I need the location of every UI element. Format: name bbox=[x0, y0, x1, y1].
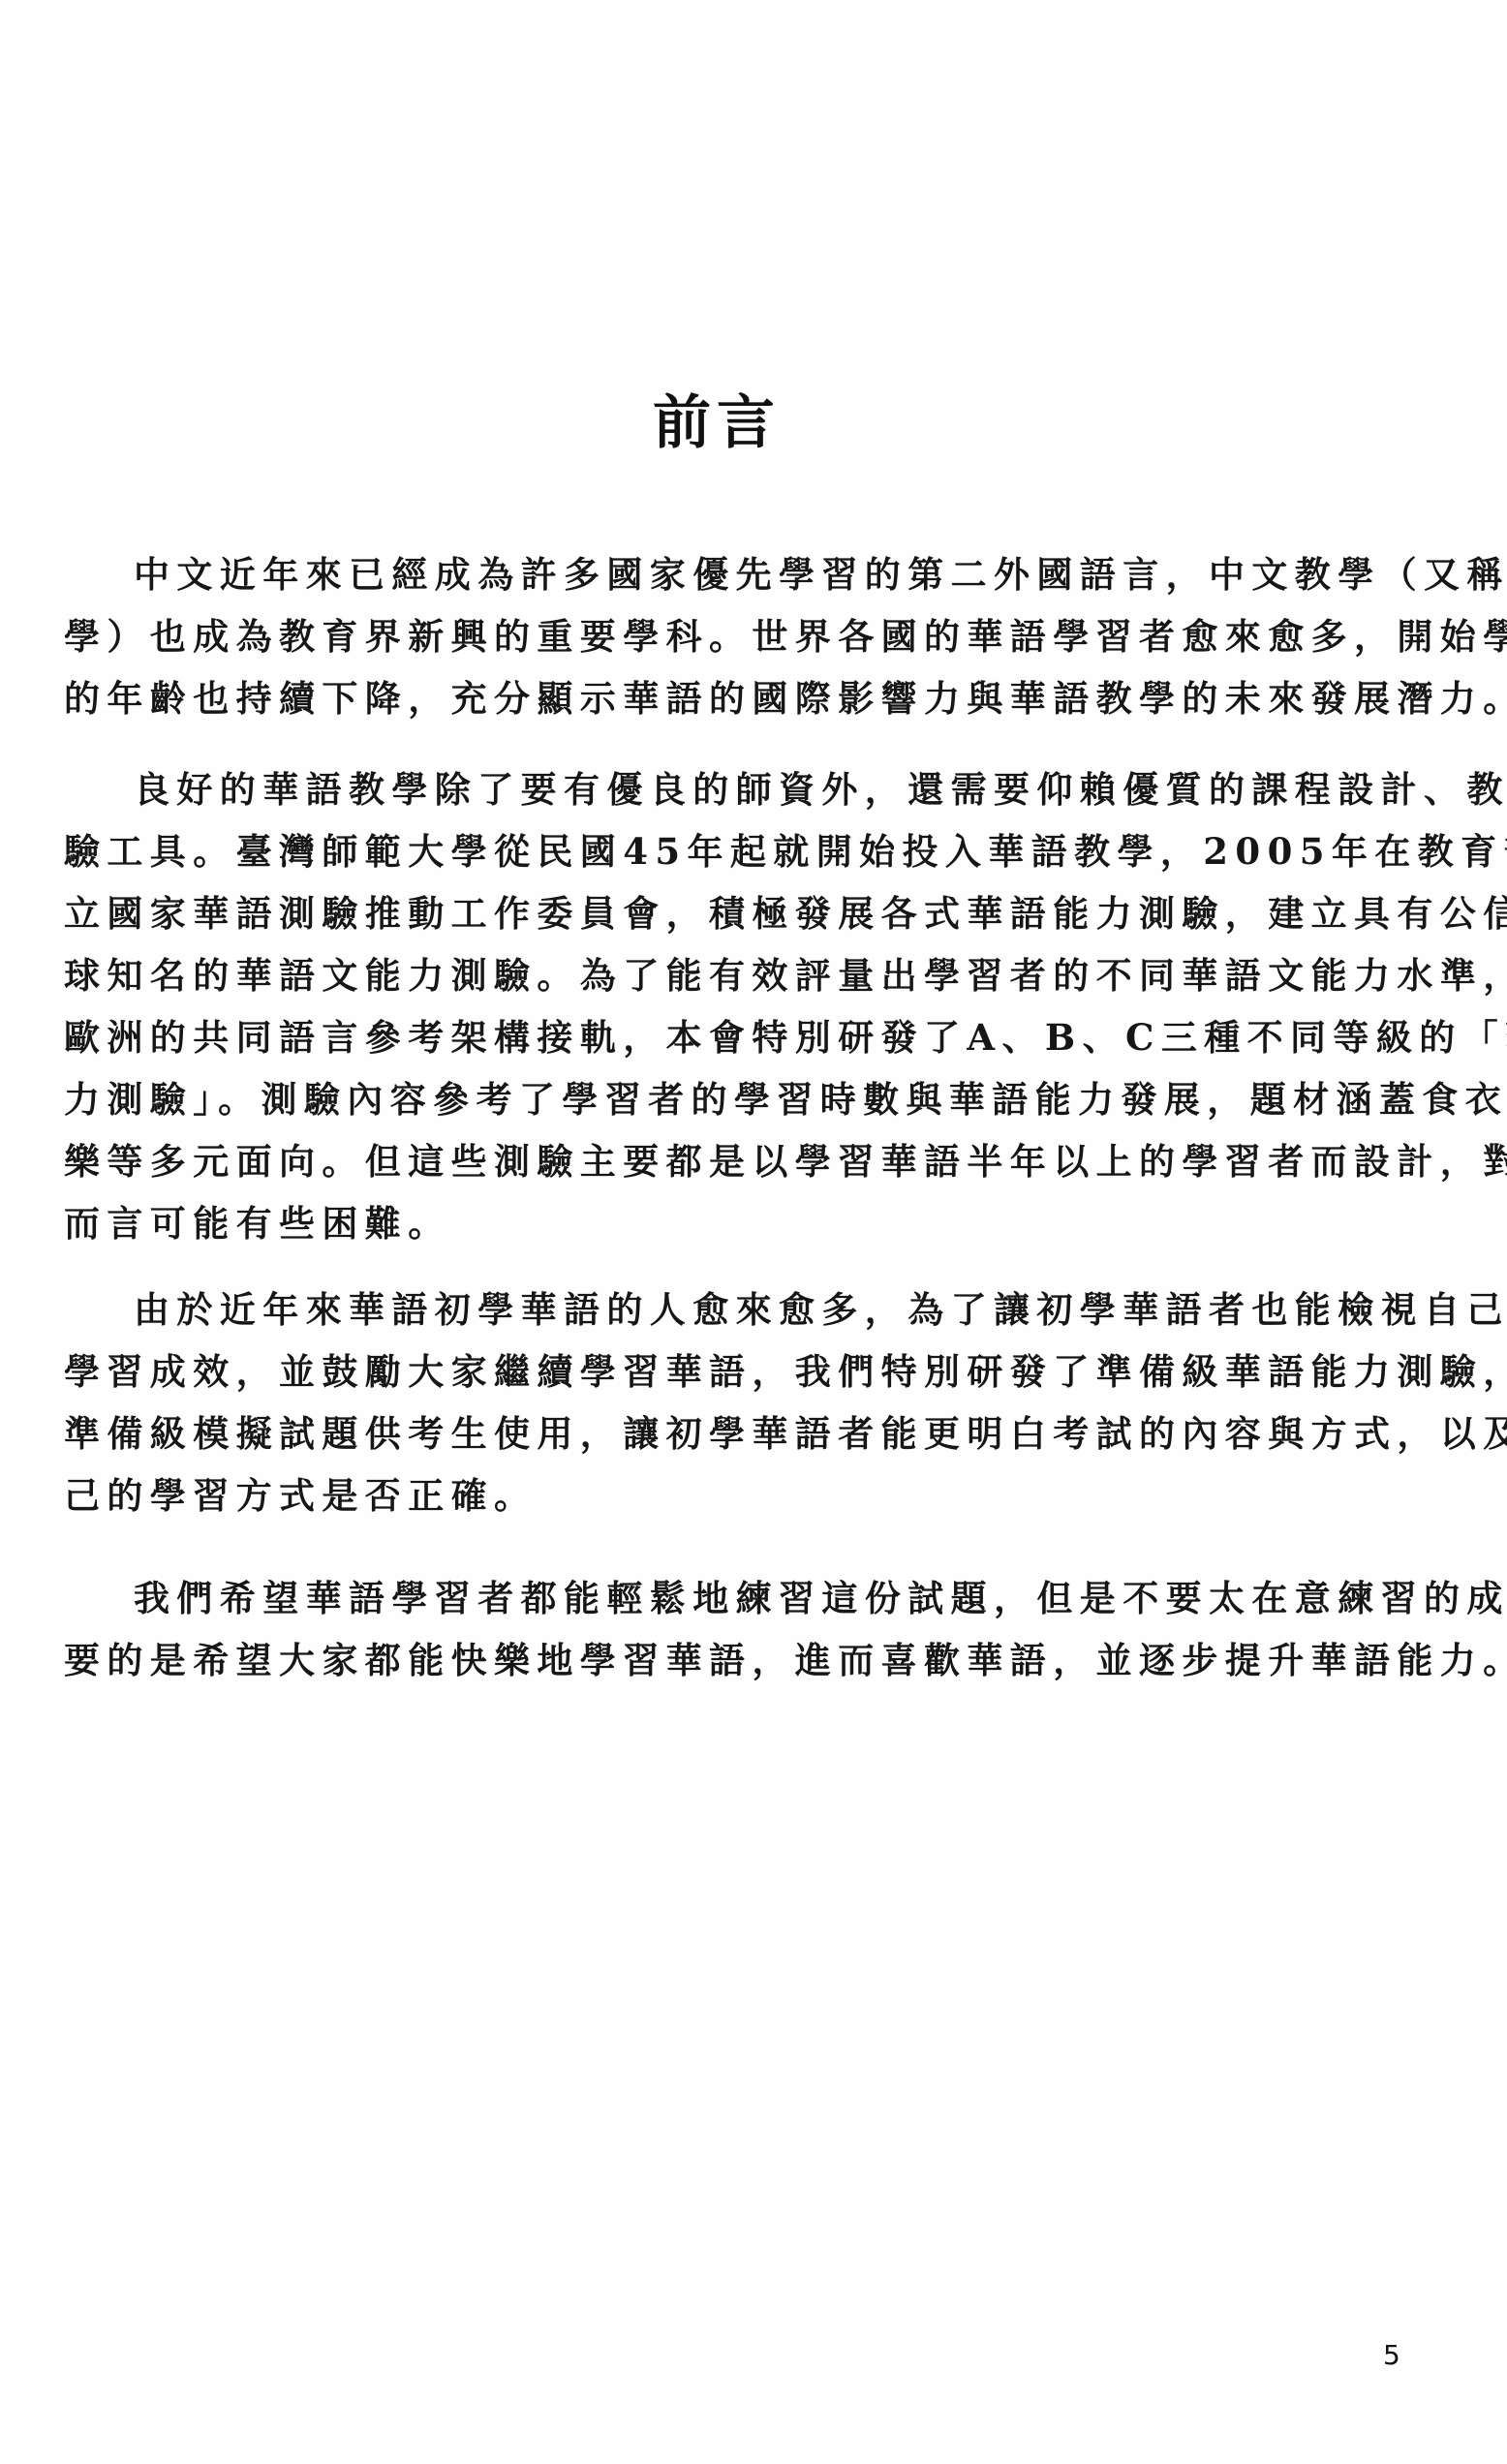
paragraph-3: 由於近年來華語初學華語的人愈來愈多，為了讓初學華語者也能檢視自己的短期 學習成效… bbox=[64, 1278, 1362, 1526]
paragraph-line: 樂等多元面向。但這些測驗主要都是以學習華語半年以上的學習者而設計，對初學者 bbox=[64, 1130, 1362, 1192]
paragraph-line: 準備級模擬試題供考生使用，讓初學華語者能更明白考試的內容與方式，以及檢視自 bbox=[64, 1402, 1362, 1464]
paragraph-line: 學）也成為教育界新興的重要學科。世界各國的華語學習者愈來愈多，開始學習華語 bbox=[64, 605, 1362, 667]
paragraph-line: 歐洲的共同語言參考架構接軌，本會特別研發了A、B、C三種不同等級的「華語文能 bbox=[64, 1006, 1362, 1068]
page-title: 前言 bbox=[0, 383, 1433, 464]
paragraph-1: 中文近年來已經成為許多國家優先學習的第二外國語言，中文教學（又稱華語教 學）也成… bbox=[64, 543, 1362, 729]
paragraph-line: 球知名的華語文能力測驗。為了能有效評量出學習者的不同華語文能力水準，並且與 bbox=[64, 944, 1362, 1006]
paragraph-line: 由於近年來華語初學華語的人愈來愈多，為了讓初學華語者也能檢視自己的短期 bbox=[64, 1278, 1362, 1340]
paragraph-2: 良好的華語教學除了要有優良的師資外，還需要仰賴優質的課程設計、教材及測 驗工具。… bbox=[64, 758, 1362, 1254]
paragraph-line: 中文近年來已經成為許多國家優先學習的第二外國語言，中文教學（又稱華語教 bbox=[64, 543, 1362, 605]
paragraph-line: 良好的華語教學除了要有優良的師資外，還需要仰賴優質的課程設計、教材及測 bbox=[64, 758, 1362, 820]
paragraph-line: 力測驗」。測驗內容參考了學習者的學習時數與華語能力發展，題材涵蓋食衣住行育 bbox=[64, 1068, 1362, 1130]
paragraph-line: 而言可能有些困難。 bbox=[64, 1192, 1362, 1254]
paragraph-line: 學習成效，並鼓勵大家繼續學習華語，我們特別研發了準備級華語能力測驗，並出版 bbox=[64, 1340, 1362, 1402]
document-page: 前言 中文近年來已經成為許多國家優先學習的第二外國語言，中文教學（又稱華語教 學… bbox=[0, 0, 1507, 2464]
paragraph-line: 立國家華語測驗推動工作委員會，積極發展各式華語能力測驗，建立具有公信力且全 bbox=[64, 882, 1362, 944]
paragraph-line: 驗工具。臺灣師範大學從民國45年起就開始投入華語教學，2005年在教育部委託下成 bbox=[64, 820, 1362, 882]
paragraph-line: 要的是希望大家都能快樂地學習華語，進而喜歡華語，並逐步提升華語能力。 bbox=[64, 1629, 1362, 1691]
paragraph-4: 我們希望華語學習者都能輕鬆地練習這份試題，但是不要太在意練習的成績。重 要的是希… bbox=[64, 1567, 1362, 1691]
page-number: 5 bbox=[1383, 2338, 1400, 2373]
paragraph-line: 己的學習方式是否正確。 bbox=[64, 1464, 1362, 1526]
paragraph-line: 我們希望華語學習者都能輕鬆地練習這份試題，但是不要太在意練習的成績。重 bbox=[64, 1567, 1362, 1629]
paragraph-line: 的年齡也持續下降，充分顯示華語的國際影響力與華語教學的未來發展潛力。 bbox=[64, 667, 1362, 729]
